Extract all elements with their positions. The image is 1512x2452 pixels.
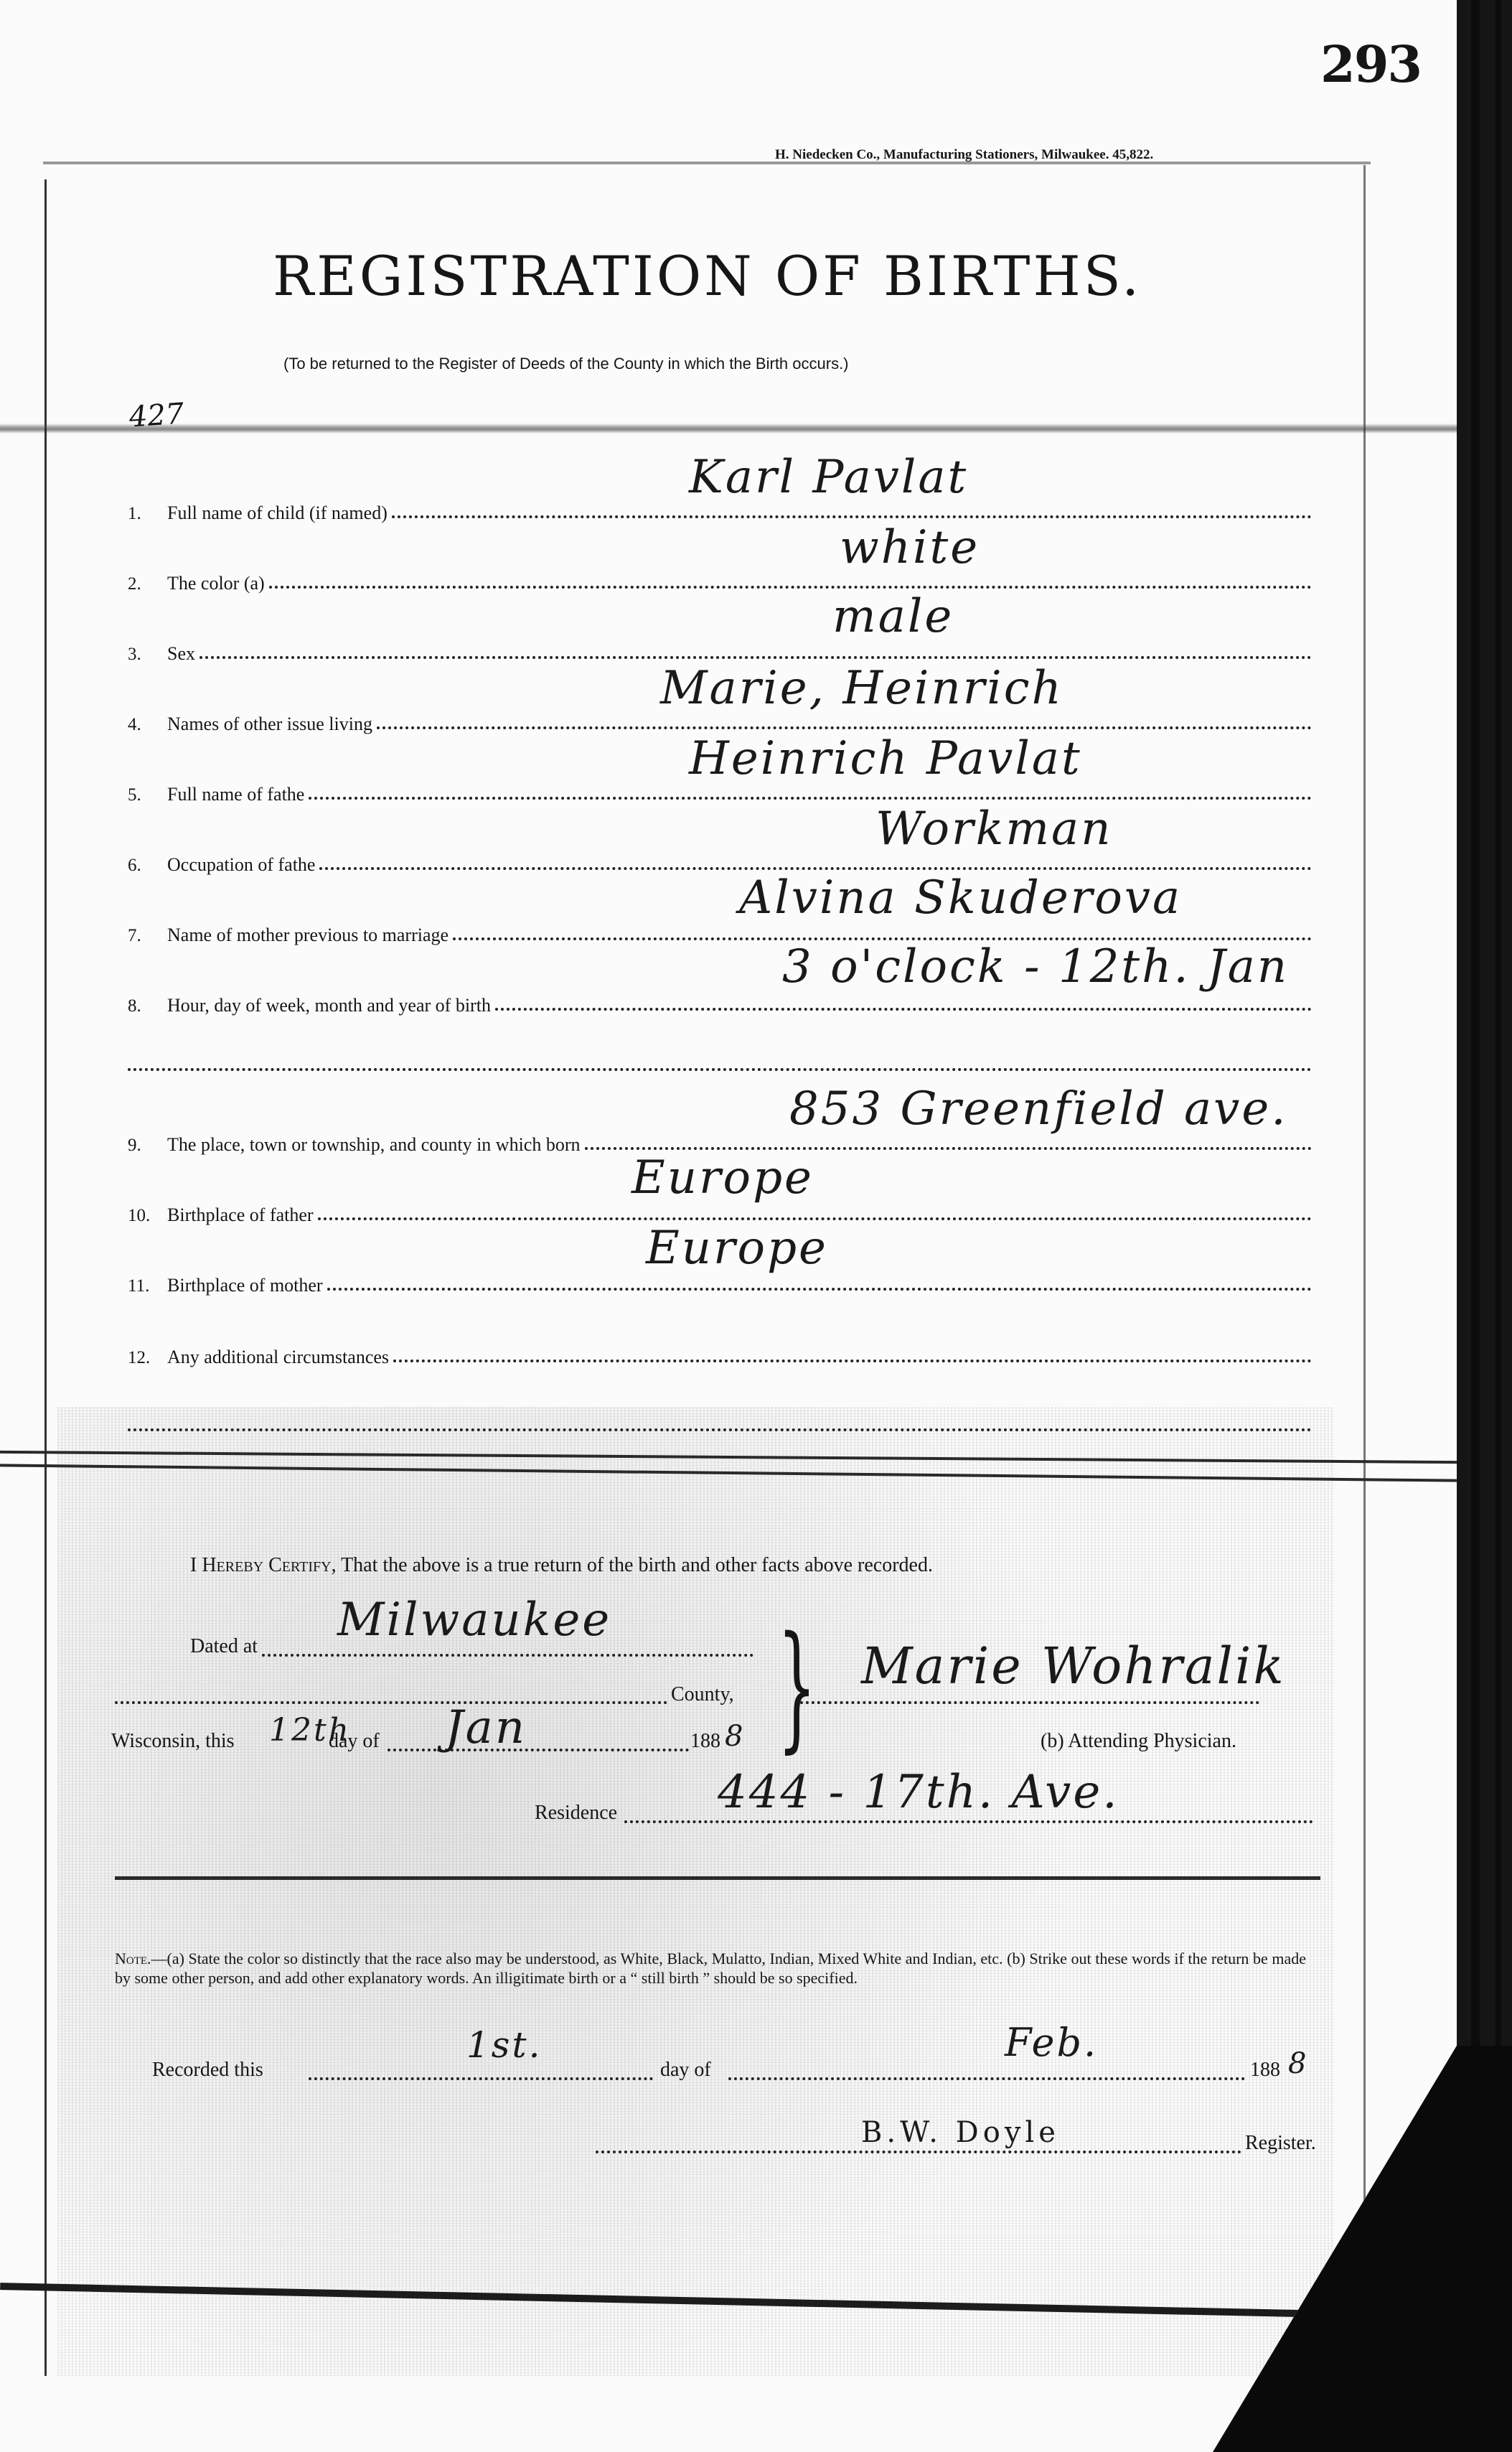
field-dotted-line <box>585 1147 1313 1150</box>
recorded-month-value: Feb. <box>1005 2020 1098 2065</box>
field-number: 8. <box>128 996 167 1016</box>
mother-maiden-name-value: Alvina Skuderova <box>739 871 1182 925</box>
field-row-birth-datetime-continued <box>128 1041 1312 1077</box>
father-occupation-value: Workman <box>875 802 1112 856</box>
residence-label: Residence <box>535 1802 617 1825</box>
field-label: Names of other issue living <box>167 713 372 735</box>
field-number: 6. <box>128 856 167 876</box>
field-number: 9. <box>128 1136 167 1156</box>
field-label: Birthplace of father <box>167 1204 314 1226</box>
recorded-day-value: 1st. <box>466 2024 542 2066</box>
binding-edge <box>1501 0 1512 2103</box>
residence-value: 444 - 17th. Ave. <box>718 1766 1119 1819</box>
field-number: 11. <box>128 1276 167 1296</box>
binding-edge <box>1457 0 1471 2103</box>
field-label: The color (a) <box>167 573 265 594</box>
left-margin-rule <box>44 179 47 2376</box>
field-number: 10. <box>128 1206 167 1226</box>
certified-year-prefix: 188 <box>690 1730 720 1753</box>
physician-signature-line <box>800 1701 1259 1704</box>
other-issue-value: Marie, Heinrich <box>660 662 1063 715</box>
field-label: Full name of child (if named) <box>167 502 388 524</box>
recorded-year-suffix: 8 <box>1288 2047 1308 2080</box>
form-note: Note.—(a) State the color so distinctly … <box>115 1949 1306 1988</box>
physician-signature: Marie Wohralik <box>861 1637 1286 1695</box>
certified-month-value: Jan <box>445 1701 527 1754</box>
field-dotted-line <box>318 1217 1312 1220</box>
note-text: —(a) State the color so distinctly that … <box>115 1950 1306 1987</box>
printer-imprint: H. Niedecken Co., Manufacturing Statione… <box>775 147 1153 163</box>
field-dotted-line <box>319 867 1312 870</box>
dated-at-label: Dated at <box>190 1635 258 1658</box>
form-subtitle: (To be returned to the Register of Deeds… <box>283 355 849 373</box>
field-row-additional-circumstances: 12. Any additional circumstances <box>128 1332 1312 1368</box>
register-label: Register. <box>1245 2132 1316 2155</box>
birth-place-value: 853 Greenfield ave. <box>789 1082 1288 1136</box>
county-line <box>115 1701 667 1704</box>
note-lead: Note. <box>115 1950 151 1967</box>
cert-bottom-rule <box>115 1876 1320 1880</box>
recorded-month-line <box>728 2077 1245 2080</box>
register-signature-line <box>596 2151 1241 2153</box>
field-dotted-line <box>393 1360 1312 1362</box>
field-label: Occupation of fathe <box>167 854 315 876</box>
field-label: Any additional circumstances <box>167 1347 389 1368</box>
field-dotted-line <box>495 1008 1312 1011</box>
page-number: 293 <box>1320 34 1421 94</box>
scan-streak <box>0 424 1457 434</box>
header-rule <box>43 162 1371 164</box>
father-birthplace-value: Europe <box>631 1151 814 1204</box>
field-label: Birthplace of mother <box>167 1275 323 1296</box>
field-row-color: 2. The color (a) <box>128 558 1312 594</box>
physician-label: (b) Attending Physician. <box>1041 1730 1236 1753</box>
field-label: Sex <box>167 643 195 665</box>
field-dotted-line <box>309 797 1312 800</box>
registration-number: 427 <box>128 397 184 434</box>
recorded-this-label: Recorded this <box>152 2059 263 2082</box>
field-dotted-line <box>269 586 1312 589</box>
father-name-value: Heinrich Pavlat <box>689 732 1082 785</box>
form-title: REGISTRATION OF BIRTHS. <box>273 244 1142 308</box>
field-number: 1. <box>128 504 167 524</box>
binding-edge <box>1480 0 1495 2103</box>
field-label: Full name of fathe <box>167 784 304 805</box>
field-dotted-line <box>377 726 1312 729</box>
field-label: Hour, day of week, month and year of bir… <box>167 995 491 1016</box>
color-value: white <box>840 521 980 574</box>
dated-at-value: Milwaukee <box>337 1594 611 1647</box>
field-label: The place, town or township, and county … <box>167 1134 581 1156</box>
certify-text: That the above is a true return of the b… <box>337 1554 933 1576</box>
child-name-value: Karl Pavlat <box>689 451 968 504</box>
certify-lead: I Hereby Certify, <box>190 1554 337 1576</box>
document-page: 293 H. Niedecken Co., Manufacturing Stat… <box>0 0 1457 2452</box>
field-label: Name of mother previous to marriage <box>167 925 449 946</box>
wisconsin-this-label: Wisconsin, this <box>111 1730 235 1753</box>
field-number: 12. <box>128 1348 167 1368</box>
scan-noise <box>57 1407 1335 2376</box>
register-signature: B.W. Doyle <box>861 2116 1060 2149</box>
field-row-additional-continued <box>128 1401 1312 1437</box>
field-dotted-line <box>327 1288 1312 1291</box>
recorded-day-line <box>309 2077 653 2080</box>
certified-year-suffix: 8 <box>725 1720 745 1753</box>
field-row-father-occupation: 6. Occupation of fathe <box>128 840 1312 876</box>
field-number: 2. <box>128 574 167 594</box>
field-number: 3. <box>128 645 167 665</box>
field-dotted-line <box>392 515 1312 518</box>
birth-datetime-value: 3 o'clock - 12th. Jan <box>782 940 1289 993</box>
recorded-year-prefix: 188 <box>1250 2059 1280 2082</box>
certification-statement: I Hereby Certify, That the above is a tr… <box>190 1554 933 1577</box>
brace: } <box>777 1619 816 1755</box>
field-number: 7. <box>128 926 167 946</box>
day-of-label: day of <box>329 1730 380 1753</box>
mother-birthplace-value: Europe <box>646 1222 828 1275</box>
recorded-day-of-label: day of <box>660 2059 711 2082</box>
dated-at-line <box>262 1654 753 1657</box>
field-dotted-line <box>128 1428 1312 1431</box>
county-label: County, <box>671 1683 734 1706</box>
field-number: 5. <box>128 785 167 805</box>
residence-line <box>624 1820 1313 1823</box>
right-margin-rule <box>1363 165 1366 2304</box>
field-number: 4. <box>128 715 167 735</box>
sex-value: male <box>832 590 954 643</box>
field-row-sex: 3. Sex <box>128 629 1312 665</box>
field-dotted-line <box>128 1068 1312 1071</box>
month-line <box>388 1749 689 1751</box>
field-dotted-line <box>199 656 1312 659</box>
